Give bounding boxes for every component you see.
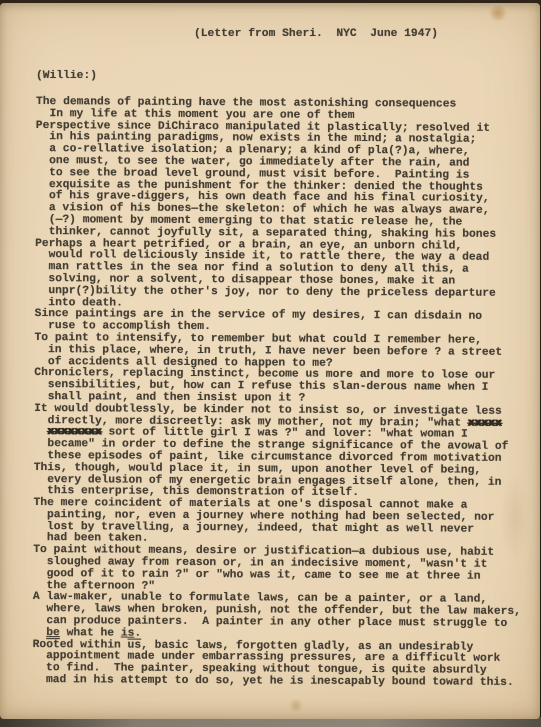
letter-line: mad in his attempt to do so, yet he is i… xyxy=(32,675,534,690)
letter-paper: (Letter from Sheri. NYC June 1947) (Will… xyxy=(0,3,540,719)
letter-body: The demands of painting have the most as… xyxy=(32,97,538,690)
letter-salutation: (Willie:) xyxy=(36,70,97,82)
photo-frame: (Letter from Sheri. NYC June 1947) (Will… xyxy=(0,0,541,727)
paper-stain-top-right xyxy=(489,5,507,21)
letter-heading: (Letter from Sheri. NYC June 1947) xyxy=(194,28,438,40)
paper-stain-bottom xyxy=(288,699,304,712)
